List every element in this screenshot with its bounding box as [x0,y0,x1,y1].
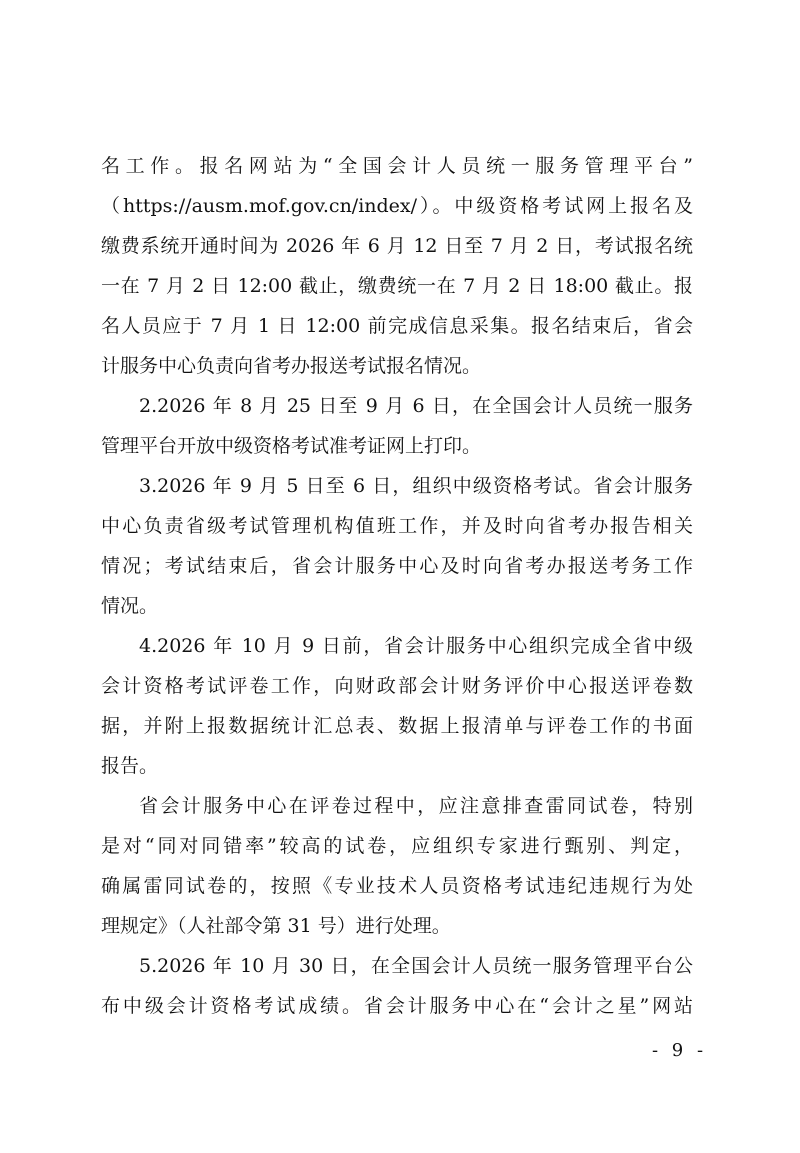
text-line: 据，并附上报数据统计汇总表、数据上报清单与评卷工作的书面 [101,706,693,746]
text-line: 计服务中心负责向省考办报送考试报名情况。 [101,346,693,386]
text-line: 会计资格考试评卷工作，向财政部会计财务评价中心报送评卷数 [101,666,693,706]
text-line: 情况。 [101,586,693,626]
page-number: - 9 - [652,1040,707,1061]
text-line: 理规定》（人社部令第 31 号）进行处理。 [101,906,693,946]
text-line: 中心负责省级考试管理机构值班工作，并及时向省考办报告相关 [101,506,693,546]
text-line: （https://ausm.mof.gov.cn/index/）。中级资格考试网… [101,186,693,226]
text-line: 管理平台开放中级资格考试准考证网上打印。 [101,426,693,466]
text-line: 名人员应于 7 月 1 日 12:00 前完成信息采集。报名结束后，省会 [101,306,693,346]
paragraph-item-4-start: 4.2026 年 10 月 9 日前，省会计服务中心组织完成全省中级 [101,626,693,666]
paragraph-item-5-start: 5.2026 年 10 月 30 日，在全国会计人员统一服务管理平台公 [101,946,693,986]
document-page: 名工作。报名网站为“全国会计人员统一服务管理平台” （https://ausm.… [0,0,800,1153]
text-line: 布中级会计资格考试成绩。省会计服务中心在“会计之星”网站 [101,986,693,1026]
text-line: 缴费系统开通时间为 2026 年 6 月 12 日至 7 月 2 日，考试报名统 [101,226,693,266]
text-line: 报告。 [101,746,693,786]
text-line: 情况；考试结束后，省会计服务中心及时向省考办报送考务工作 [101,546,693,586]
document-body: 名工作。报名网站为“全国会计人员统一服务管理平台” （https://ausm.… [101,146,693,1026]
text-line: 是对“同对同错率”较高的试卷，应组织专家进行甄别、判定， [101,826,693,866]
text-line: 确属雷同试卷的，按照《专业技术人员资格考试违纪违规行为处 [101,866,693,906]
paragraph-review-start: 省会计服务中心在评卷过程中，应注意排查雷同试卷，特别 [101,786,693,826]
paragraph-item-2-start: 2.2026 年 8 月 25 日至 9 月 6 日，在全国会计人员统一服务 [101,386,693,426]
text-line: 名工作。报名网站为“全国会计人员统一服务管理平台” [101,146,693,186]
text-line: 一在 7 月 2 日 12:00 截止，缴费统一在 7 月 2 日 18:00 … [101,266,693,306]
paragraph-item-3-start: 3.2026 年 9 月 5 日至 6 日，组织中级资格考试。省会计服务 [101,466,693,506]
